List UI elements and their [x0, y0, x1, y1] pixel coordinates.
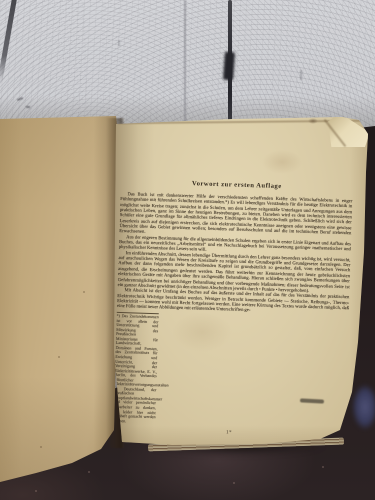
table-speck — [35, 490, 37, 492]
table-speck — [233, 482, 235, 484]
paper-speck — [40, 446, 42, 448]
paper-speck — [58, 356, 60, 358]
footnote-text: *) Das Zustandekommen ist vor allem der … — [113, 314, 158, 424]
body-copy: Das Buch ist mit dankenswerter Hilfe der… — [117, 191, 353, 316]
left-blank-page — [0, 116, 120, 488]
right-text-page: Vorwort zur ersten Auflage Das Buch ist … — [112, 112, 375, 468]
photo-scene: Vorwort zur ersten Auflage Das Buch ist … — [0, 0, 375, 500]
paper-speck — [83, 291, 85, 293]
wall-scuff-mark — [118, 40, 120, 46]
paper-stain — [308, 118, 318, 124]
body-paragraph: Das Buch ist mit dankenswerter Hilfe der… — [119, 191, 352, 241]
wall-seam-blotch — [223, 52, 235, 81]
blue-object-on-table — [352, 384, 375, 430]
wall-scuff-mark — [26, 106, 30, 108]
wall-scuff-mark — [300, 70, 302, 80]
page-text-block: Vorwort zur ersten Auflage Das Buch ist … — [113, 178, 353, 439]
paper-stain — [262, 150, 302, 174]
table-speck — [88, 471, 90, 473]
wall-seam-middle — [184, 0, 186, 124]
table-speck — [322, 466, 324, 468]
page-heading: Vorwort zur ersten Auflage — [121, 178, 353, 192]
page-number: 1* — [113, 427, 345, 439]
footnote-rule: *) Das Zustandekommen ist vor allem der … — [113, 311, 158, 424]
